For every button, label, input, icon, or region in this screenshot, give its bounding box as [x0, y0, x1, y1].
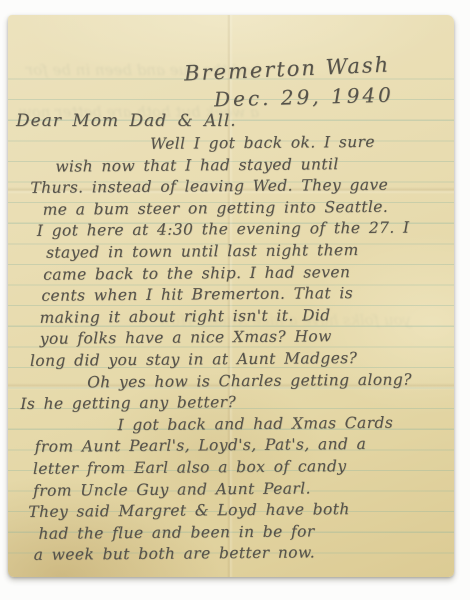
letter-date-line: Dec. 29, 1940 — [214, 83, 394, 112]
paper-sheet: had the flue and been in be for a week b… — [8, 15, 454, 577]
letter-photo: had the flue and been in be for a week b… — [0, 0, 470, 600]
handwritten-line: a week but both are better now. — [22, 541, 456, 566]
handwritten-line: I got here at 4:30 the evening of the 27… — [19, 218, 453, 243]
letter-salutation: Dear Mom Dad & All. — [16, 111, 237, 131]
handwritten-line: I got back and had Xmas Cards — [20, 412, 454, 437]
letter-body-lines: Well I got back ok. I surewish now that … — [18, 131, 456, 567]
handwritten-line: Oh yes how is Charles getting along? — [20, 369, 454, 394]
letter-place-line: Bremerton Wash — [184, 53, 391, 86]
